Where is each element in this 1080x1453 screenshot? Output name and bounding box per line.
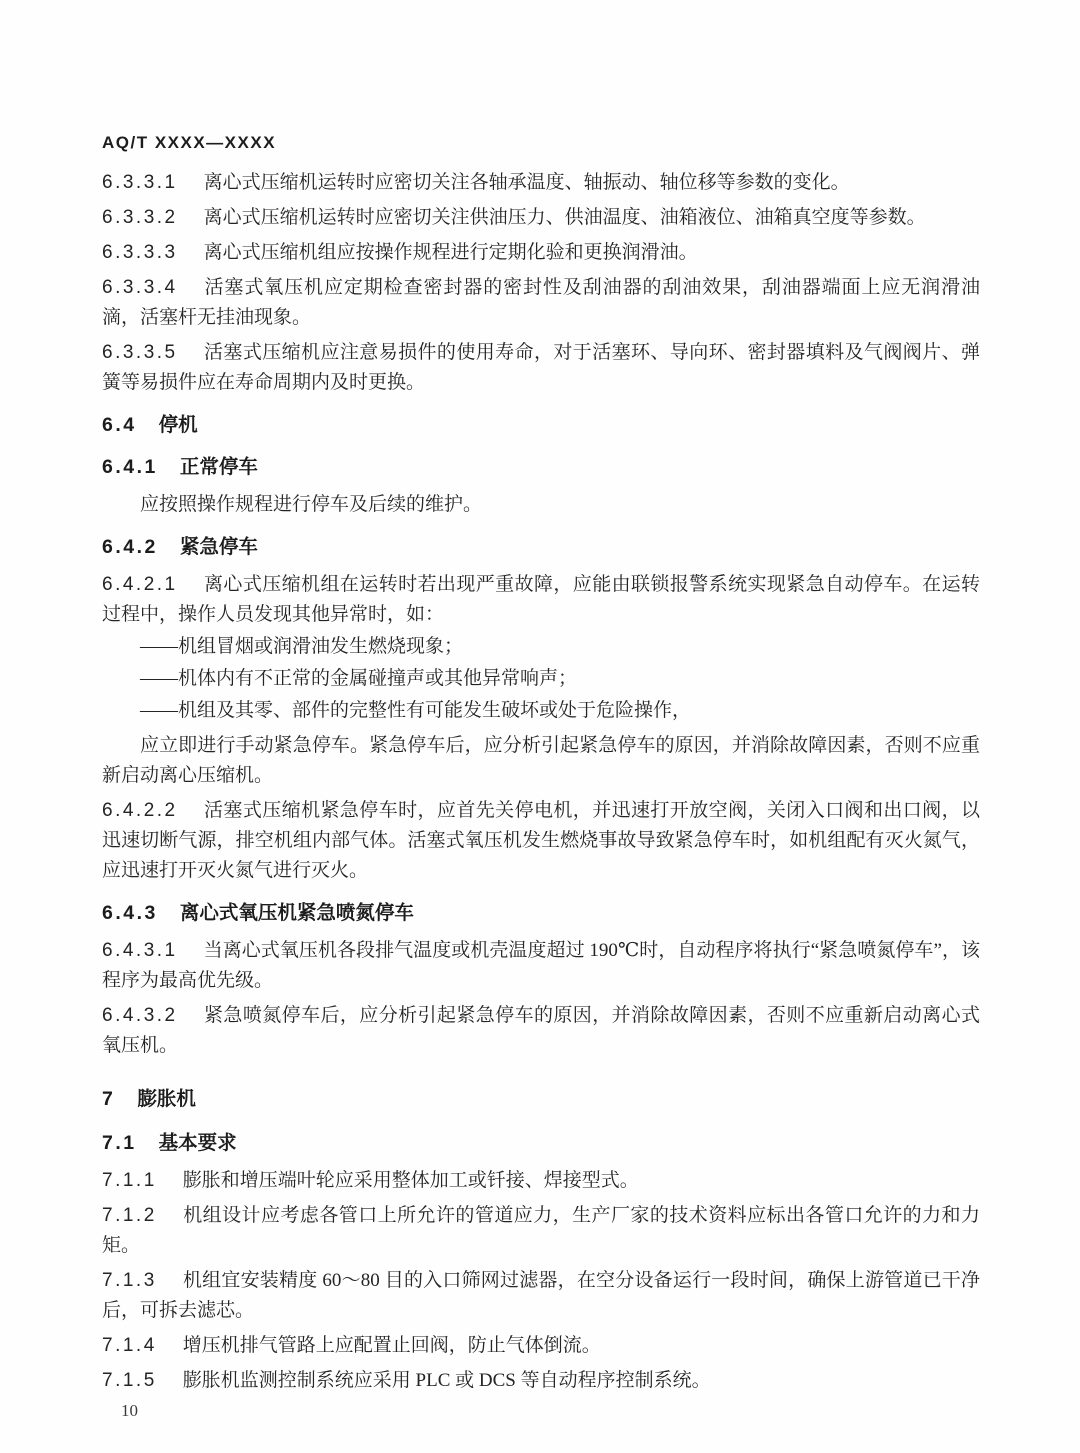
clause-number: 7.1.4 bbox=[102, 1335, 157, 1356]
dash-item-1: ——机组冒烟或润滑油发生燃烧现象； bbox=[102, 632, 980, 662]
clause-number: 6.4.2.2 bbox=[102, 800, 178, 821]
clause-number: 6.3.3.2 bbox=[102, 207, 178, 228]
clause-7.1.3: 7.1.3机组宜安装精度 60～80 目的入口筛网过滤器，在空分设备运行一段时间… bbox=[102, 1266, 980, 1326]
clause-number: 6.3.3.1 bbox=[102, 172, 178, 193]
para-normal-stop-body: 应按照操作规程进行停车及后续的维护。 bbox=[102, 490, 980, 520]
clause-text: 离心式压缩机组在运转时若出现严重故障，应能由联锁报警系统实现紧急自动停车。在运转… bbox=[102, 574, 980, 625]
clause-6.3.3.2: 6.3.3.2离心式压缩机运转时应密切关注供油压力、供油温度、油箱液位、油箱真空… bbox=[102, 203, 980, 233]
standard-code-header: AQ/T XXXX—XXXX bbox=[102, 132, 980, 154]
clause-number: 6.3.3.5 bbox=[102, 342, 178, 363]
clause-6.4.2.2: 6.4.2.2活塞式压缩机紧急停车时，应首先关停电机，并迅速打开放空阀，关闭入口… bbox=[102, 796, 980, 886]
heading-6.4.3-nitrogen-stop: 6.4.3离心式氧压机紧急喷氮停车 bbox=[102, 898, 980, 928]
clause-text: 紧急喷氮停车后，应分析引起紧急停车的原因，并消除故障因素，否则不应重新启动离心式… bbox=[102, 1005, 980, 1056]
clause-text: 膨胀和增压端叶轮应采用整体加工或钎接、焊接型式。 bbox=[183, 1170, 639, 1191]
clause-text: 活塞式压缩机应注意易损件的使用寿命，对于活塞环、导向环、密封器填料及气阀阀片、弹… bbox=[102, 342, 980, 393]
dash-item-2: ——机体内有不正常的金属碰撞声或其他异常响声； bbox=[102, 664, 980, 694]
heading-number: 7.1 bbox=[102, 1132, 137, 1154]
clause-6.3.3.5: 6.3.3.5活塞式压缩机应注意易损件的使用寿命，对于活塞环、导向环、密封器填料… bbox=[102, 338, 980, 398]
clause-6.4.2.1: 6.4.2.1离心式压缩机组在运转时若出现严重故障，应能由联锁报警系统实现紧急自… bbox=[102, 570, 980, 630]
heading-text: 膨胀机 bbox=[137, 1088, 196, 1110]
clause-7.1.5: 7.1.5膨胀机监测控制系统应采用 PLC 或 DCS 等自动程序控制系统。 bbox=[102, 1366, 980, 1396]
heading-text: 停机 bbox=[159, 414, 198, 436]
clause-number: 6.4.3.1 bbox=[102, 940, 178, 961]
heading-text: 紧急停车 bbox=[180, 536, 258, 558]
clause-text: 离心式压缩机运转时应密切关注各轴承温度、轴振动、轴位移等参数的变化。 bbox=[204, 172, 850, 193]
clause-text: 增压机排气管路上应配置止回阀，防止气体倒流。 bbox=[183, 1335, 601, 1356]
clause-6.3.3.3: 6.3.3.3离心式压缩机组应按操作规程进行定期化验和更换润滑油。 bbox=[102, 238, 980, 268]
heading-number: 6.4.3 bbox=[102, 902, 158, 924]
clause-text: 膨胀机监测控制系统应采用 PLC 或 DCS 等自动程序控制系统。 bbox=[183, 1370, 711, 1391]
document-page: AQ/T XXXX—XXXX 6.3.3.1离心式压缩机运转时应密切关注各轴承温… bbox=[0, 0, 1080, 1453]
clause-7.1.2: 7.1.2机组设计应考虑各管口上所允许的管道应力，生产厂家的技术资料应标出各管口… bbox=[102, 1201, 980, 1261]
heading-number: 6.4.2 bbox=[102, 536, 158, 558]
heading-number: 7 bbox=[102, 1088, 115, 1110]
heading-text: 基本要求 bbox=[159, 1132, 237, 1154]
page-number: 10 bbox=[121, 1401, 138, 1421]
heading-6.4.2-emergency-stop: 6.4.2紧急停车 bbox=[102, 532, 980, 562]
clause-6.4.3.2: 6.4.3.2紧急喷氮停车后，应分析引起紧急停车的原因，并消除故障因素，否则不应… bbox=[102, 1001, 980, 1061]
clause-text: 离心式压缩机组应按操作规程进行定期化验和更换润滑油。 bbox=[204, 242, 698, 263]
heading-text: 正常停车 bbox=[180, 456, 258, 478]
clause-6.3.3.1: 6.3.3.1离心式压缩机运转时应密切关注各轴承温度、轴振动、轴位移等参数的变化… bbox=[102, 168, 980, 198]
clause-number: 6.4.3.2 bbox=[102, 1005, 178, 1026]
clause-7.1.4: 7.1.4增压机排气管路上应配置止回阀，防止气体倒流。 bbox=[102, 1331, 980, 1361]
clause-text: 活塞式氧压机应定期检查密封器的密封性及刮油器的刮油效果，刮油器端面上应无润滑油滴… bbox=[102, 277, 980, 328]
clause-6.4.3.1: 6.4.3.1当离心式氧压机各段排气温度或机壳温度超过 190℃时，自动程序将执… bbox=[102, 936, 980, 996]
para-manual-emergency-stop: 应立即进行手动紧急停车。紧急停车后，应分析引起紧急停车的原因，并消除故障因素，否… bbox=[102, 731, 980, 791]
heading-7.1-basic-requirements: 7.1基本要求 bbox=[102, 1128, 980, 1158]
clause-text: 活塞式压缩机紧急停车时，应首先关停电机，并迅速打开放空阀，关闭入口阀和出口阀，以… bbox=[102, 800, 980, 881]
clause-number: 6.3.3.4 bbox=[102, 277, 178, 298]
heading-6.4.1-normal-stop: 6.4.1正常停车 bbox=[102, 452, 980, 482]
clause-7.1.1: 7.1.1膨胀和增压端叶轮应采用整体加工或钎接、焊接型式。 bbox=[102, 1166, 980, 1196]
dash-item-3: ——机组及其零、部件的完整性有可能发生破坏或处于危险操作， bbox=[102, 696, 980, 726]
heading-number: 6.4 bbox=[102, 414, 137, 436]
clause-text: 机组设计应考虑各管口上所允许的管道应力，生产厂家的技术资料应标出各管口允许的力和… bbox=[102, 1205, 980, 1256]
clause-number: 6.3.3.3 bbox=[102, 242, 178, 263]
heading-7-expander: 7膨胀机 bbox=[102, 1084, 980, 1114]
clause-number: 7.1.5 bbox=[102, 1370, 157, 1391]
heading-number: 6.4.1 bbox=[102, 456, 158, 478]
clause-number: 7.1.1 bbox=[102, 1170, 157, 1191]
clause-6.3.3.4: 6.3.3.4活塞式氧压机应定期检查密封器的密封性及刮油器的刮油效果，刮油器端面… bbox=[102, 273, 980, 333]
clause-number: 7.1.2 bbox=[102, 1205, 157, 1226]
clause-text: 离心式压缩机运转时应密切关注供油压力、供油温度、油箱液位、油箱真空度等参数。 bbox=[204, 207, 926, 228]
clause-number: 6.4.2.1 bbox=[102, 574, 178, 595]
clause-text: 当离心式氧压机各段排气温度或机壳温度超过 190℃时，自动程序将执行“紧急喷氮停… bbox=[102, 940, 980, 991]
heading-6.4-stop: 6.4停机 bbox=[102, 410, 980, 440]
clause-number: 7.1.3 bbox=[102, 1270, 157, 1291]
heading-text: 离心式氧压机紧急喷氮停车 bbox=[180, 902, 414, 924]
clause-text: 机组宜安装精度 60～80 目的入口筛网过滤器，在空分设备运行一段时间，确保上游… bbox=[102, 1270, 980, 1321]
